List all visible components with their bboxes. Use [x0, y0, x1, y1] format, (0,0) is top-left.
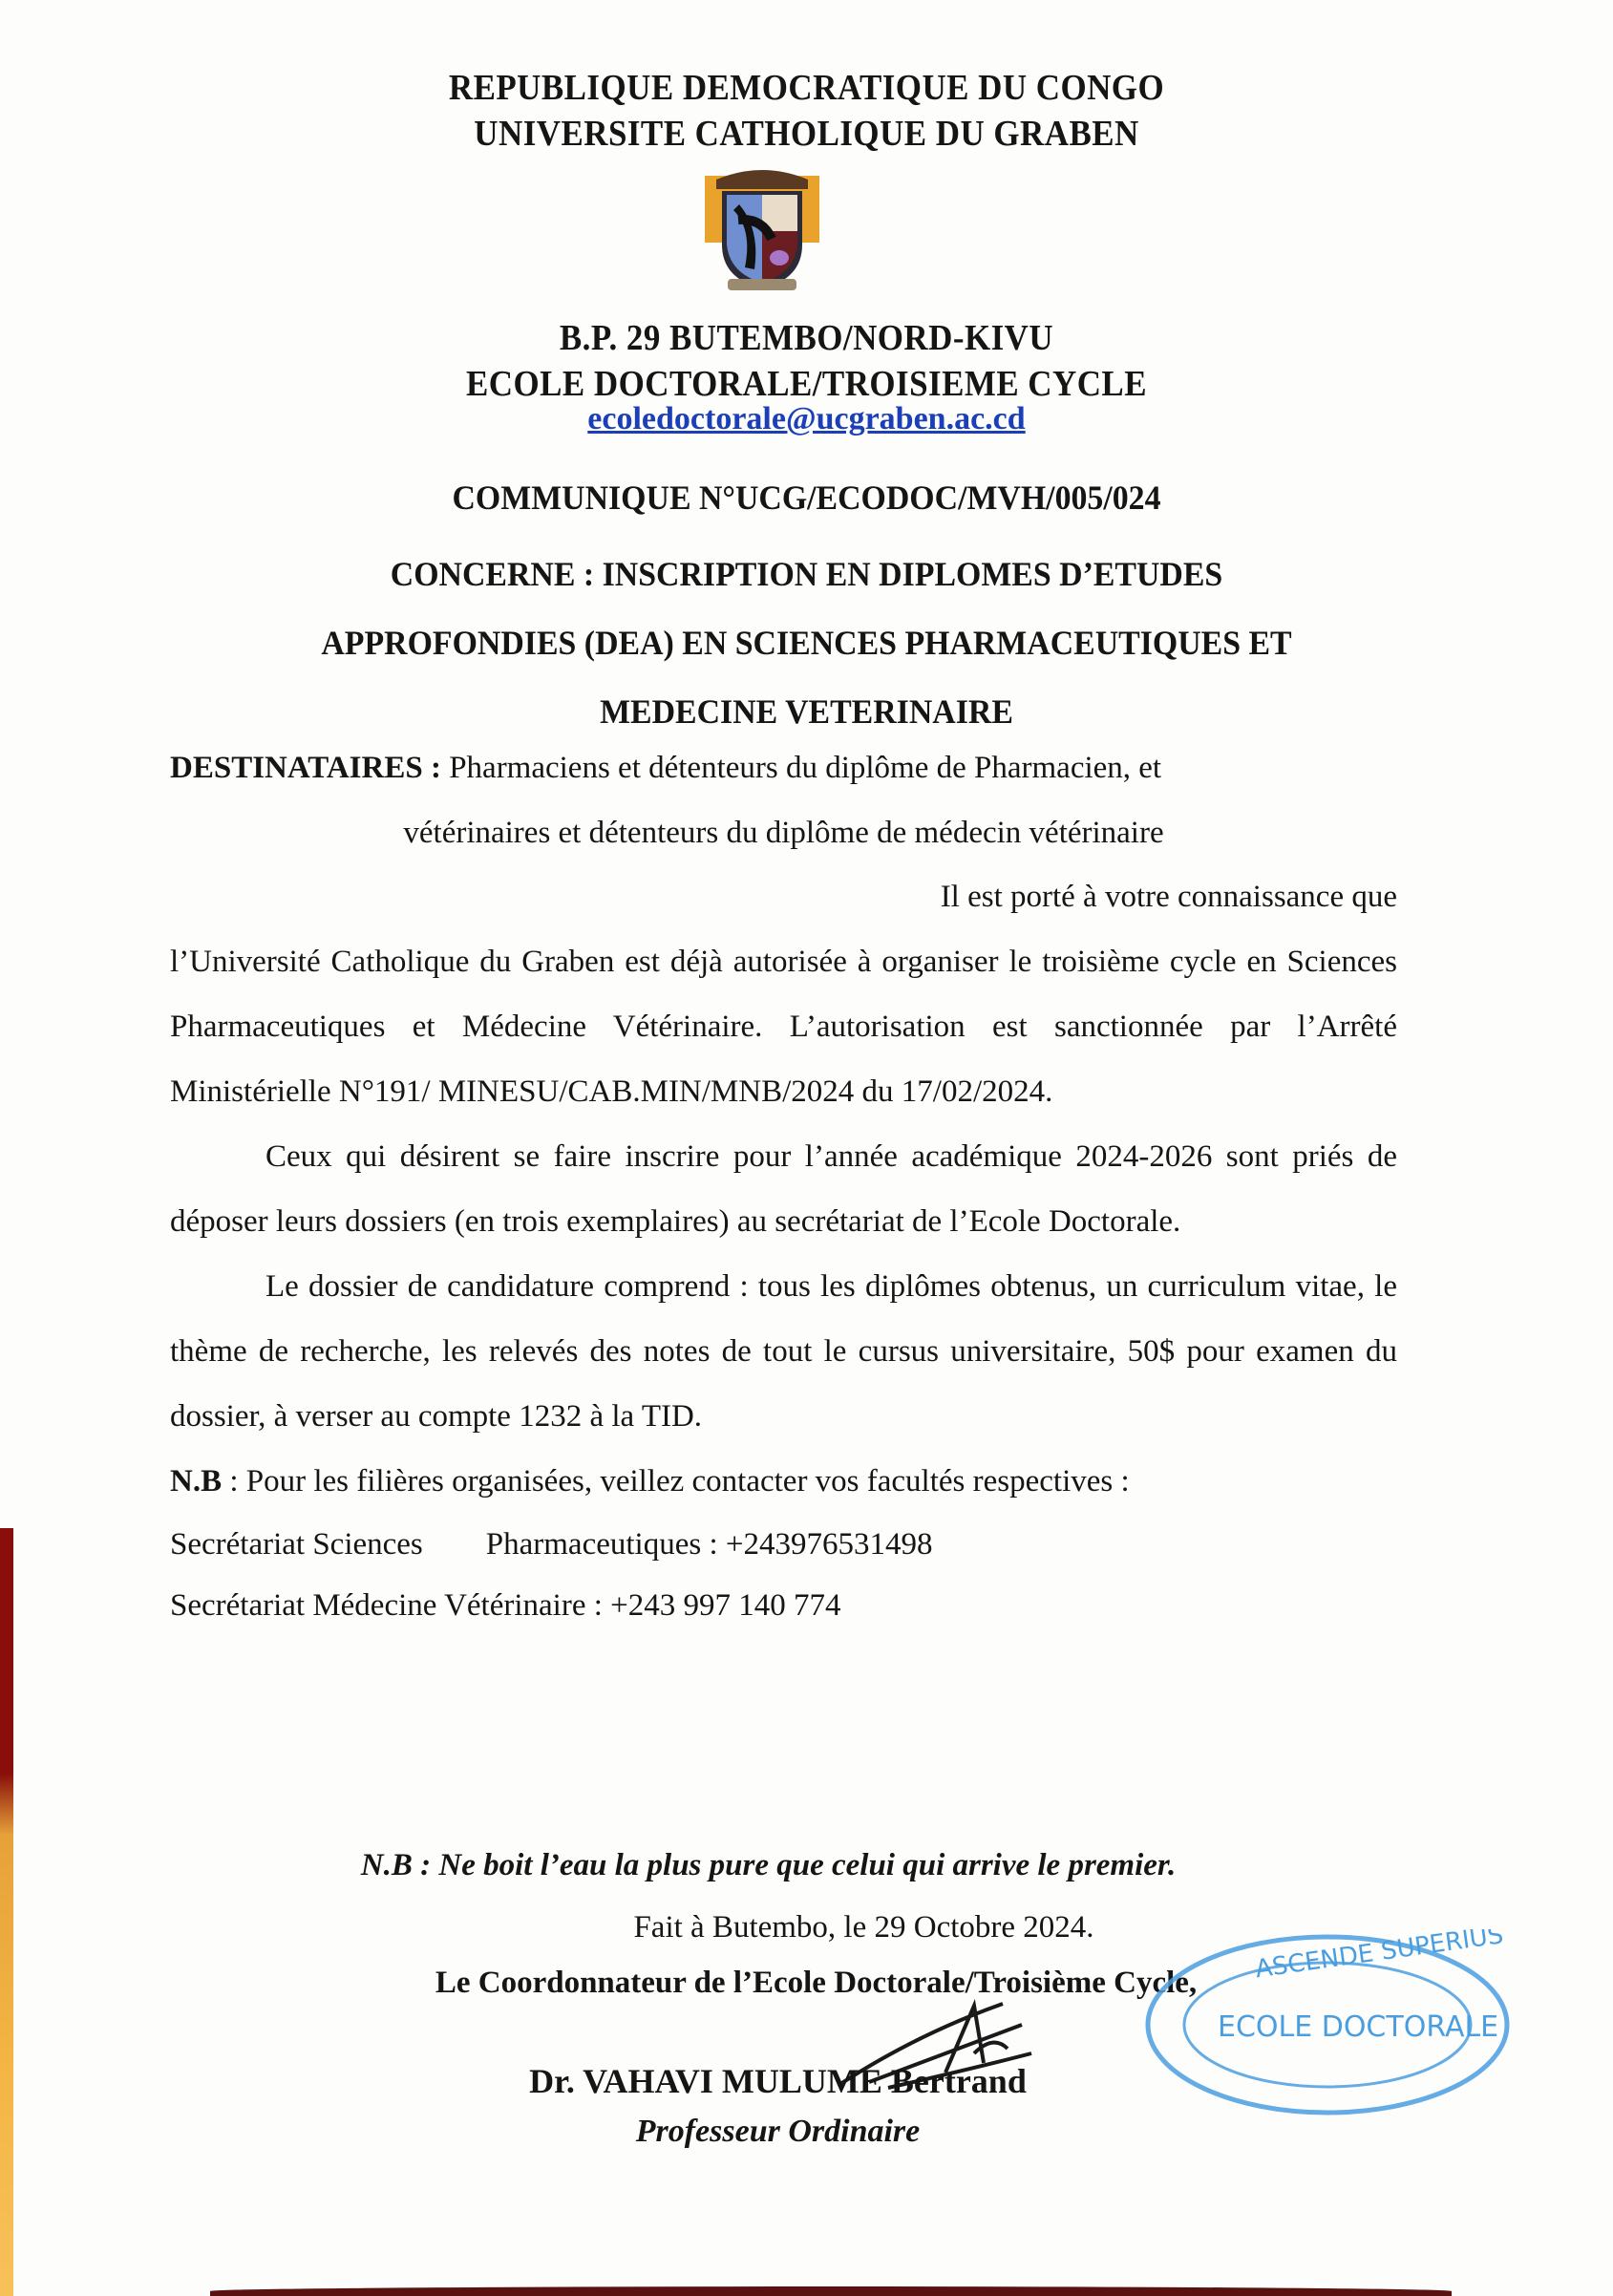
country-name: REPUBLIQUE DEMOCRATIQUE DU CONGO [65, 65, 1549, 111]
svg-text:ECOLE DOCTORALE: ECOLE DOCTORALE [1218, 2010, 1498, 2044]
university-crest-icon [695, 162, 829, 296]
communique-number: COMMUNIQUE N°UCG/ECODOC/MVH/005/024 [49, 478, 1565, 518]
recipients-text: Pharmaciens et détenteurs du diplôme de … [441, 751, 1161, 785]
school-name: ECOLE DOCTORALE/TROISIEME CYCLE [65, 361, 1549, 407]
motto: N.B : Ne boit l’eau la plus pure que cel… [0, 1848, 1575, 1883]
paragraph-authorization: l’Université Catholique du Graben est dé… [170, 929, 1397, 1124]
contact-phone: +243 997 140 774 [603, 1588, 841, 1623]
official-stamp-icon: ASCENDE SUPERIUS ECOLE DOCTORALE [1141, 1929, 1514, 2120]
paragraph-dossier: Le dossier de candidature comprend : tou… [170, 1254, 1397, 1449]
letterhead: REPUBLIQUE DEMOCRATIQUE DU CONGO UNIVERS… [65, 65, 1549, 157]
recipients-text-2: vétérinaires et détenteurs du diplôme de… [170, 800, 1397, 865]
nb-text: : Pour les filières organisées, veillez … [222, 1464, 1130, 1499]
recipients: DESTINATAIRES : Pharmaciens et détenteur… [170, 735, 1397, 865]
paragraph-registration: Ceux qui désirent se faire inscrire pour… [170, 1124, 1397, 1254]
recipients-label: DESTINATAIRES : [170, 751, 441, 785]
document-page: REPUBLIQUE DEMOCRATIQUE DU CONGO UNIVERS… [0, 0, 1613, 2296]
postal-address: B.P. 29 BUTEMBO/NORD-KIVU [65, 315, 1549, 361]
intro-line: Il est porté à votre connaissance que [170, 864, 1397, 929]
subject-line: CONCERNE : INSCRIPTION EN DIPLOMES D’ETU… [49, 540, 1565, 608]
contact-pharmacy: Secrétariat Sciences Pharmaceutiques : +… [170, 1514, 1397, 1575]
contact-veterinary: Secrétariat Médecine Vétérinaire : +243 … [170, 1575, 1397, 1636]
email-link[interactable]: ecoledoctorale@ucgraben.ac.cd [587, 401, 1025, 436]
university-name: UNIVERSITE CATHOLIQUE DU GRABEN [65, 111, 1549, 157]
subject-line: APPROFONDIES (DEA) EN SCIENCES PHARMACEU… [49, 608, 1565, 677]
body: Il est porté à votre connaissance que l’… [170, 864, 1397, 1636]
contact-phone: +243976531498 [718, 1527, 933, 1562]
contact-label: Secrétariat Sciences Pharmaceutiques : [170, 1527, 718, 1562]
subject: CONCERNE : INSCRIPTION EN DIPLOMES D’ETU… [49, 540, 1565, 746]
nb-label: N.B [170, 1464, 222, 1499]
contact-label: Secrétariat Médecine Vétérinaire : [170, 1588, 603, 1623]
school-block: B.P. 29 BUTEMBO/NORD-KIVU ECOLE DOCTORAL… [65, 315, 1549, 407]
nb-note: N.B : Pour les filières organisées, veil… [170, 1449, 1397, 1514]
